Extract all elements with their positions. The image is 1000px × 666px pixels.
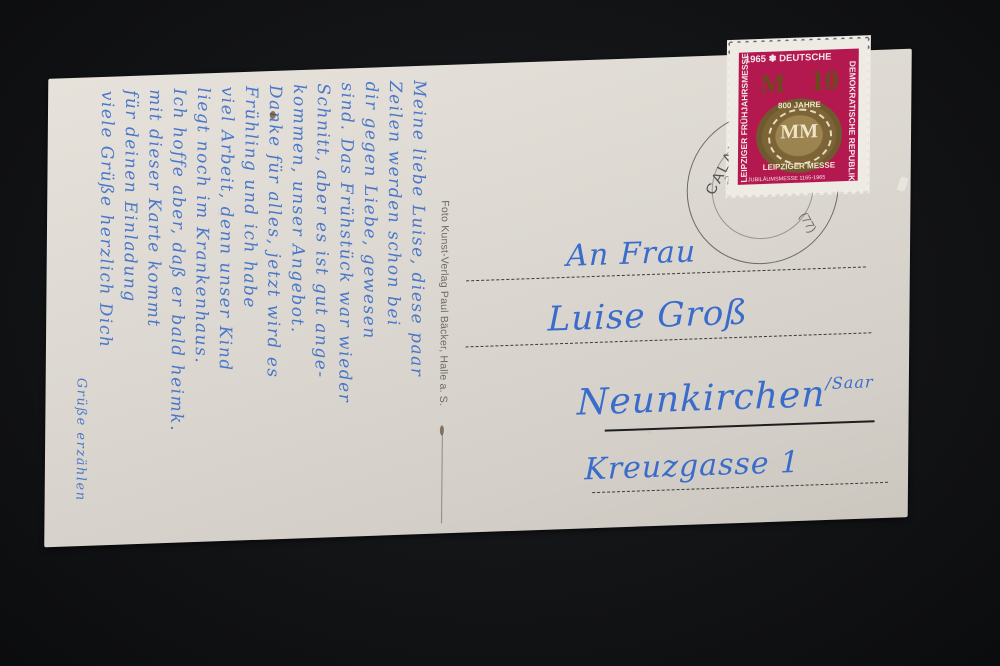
address-region: /Saar [825, 372, 873, 393]
postage-stamp: 1965 ✽ DEUTSCHE LEIPZIGER FRÜHJAHRSMESSE… [729, 38, 868, 195]
publisher-imprint: Foto Kunst-Verlag Paul Bäcker, Halle a. … [437, 200, 451, 406]
address-city: Neunkirchen [577, 374, 826, 424]
stamp-top-text: 1965 ✽ DEUTSCHE [745, 51, 855, 66]
address-underline [605, 420, 875, 431]
divider-rule [441, 433, 443, 523]
stamp-value: 10 [810, 65, 838, 98]
stamp-left-text: LEIPZIGER FRÜHJAHRSMESSE [739, 53, 750, 183]
address-line-1: An Frau [566, 234, 696, 274]
leipzig-fair-medal-icon: 800 JAHRE MM LEIPZIGER MESSE [756, 97, 843, 174]
handwritten-message: Meine liebe Luise, diese paar Zeilen wer… [44, 65, 438, 547]
postmark-code: (77) [797, 210, 820, 236]
address-line-3: Neunkirchen/Saar [577, 372, 874, 423]
message-line: viele Grüße herzlich Dich [91, 90, 121, 349]
address-line-2: Luise Groß [548, 293, 749, 340]
postcard: Meine liebe Luise, diese paar Zeilen wer… [44, 49, 912, 548]
stamp-right-text: DEMOKRATISCHE REPUBLIK [847, 61, 858, 182]
torn-paper-fleck [896, 176, 908, 192]
address-line-4: Kreuzgasse 1 [584, 445, 800, 488]
message-line: Grüße erzählen [66, 377, 95, 502]
stamp-star-icon: ✽ [769, 53, 777, 64]
medal-top-text: 800 JAHRE [756, 99, 842, 111]
stamp-country: DEUTSCHE [779, 52, 831, 65]
stamp-bottom-text: JUBILÄUMSMESSE 1165-1965 [748, 174, 854, 184]
publisher-divider: Foto Kunst-Verlag Paul Bäcker, Halle a. … [432, 73, 456, 534]
stamp-denomination-letter: M [760, 69, 785, 100]
stamp-face: 1965 ✽ DEUTSCHE LEIPZIGER FRÜHJAHRSMESSE… [738, 49, 859, 185]
medal-bottom-text: LEIPZIGER MESSE [756, 160, 842, 172]
medal-mm-logo: MM [756, 119, 842, 145]
